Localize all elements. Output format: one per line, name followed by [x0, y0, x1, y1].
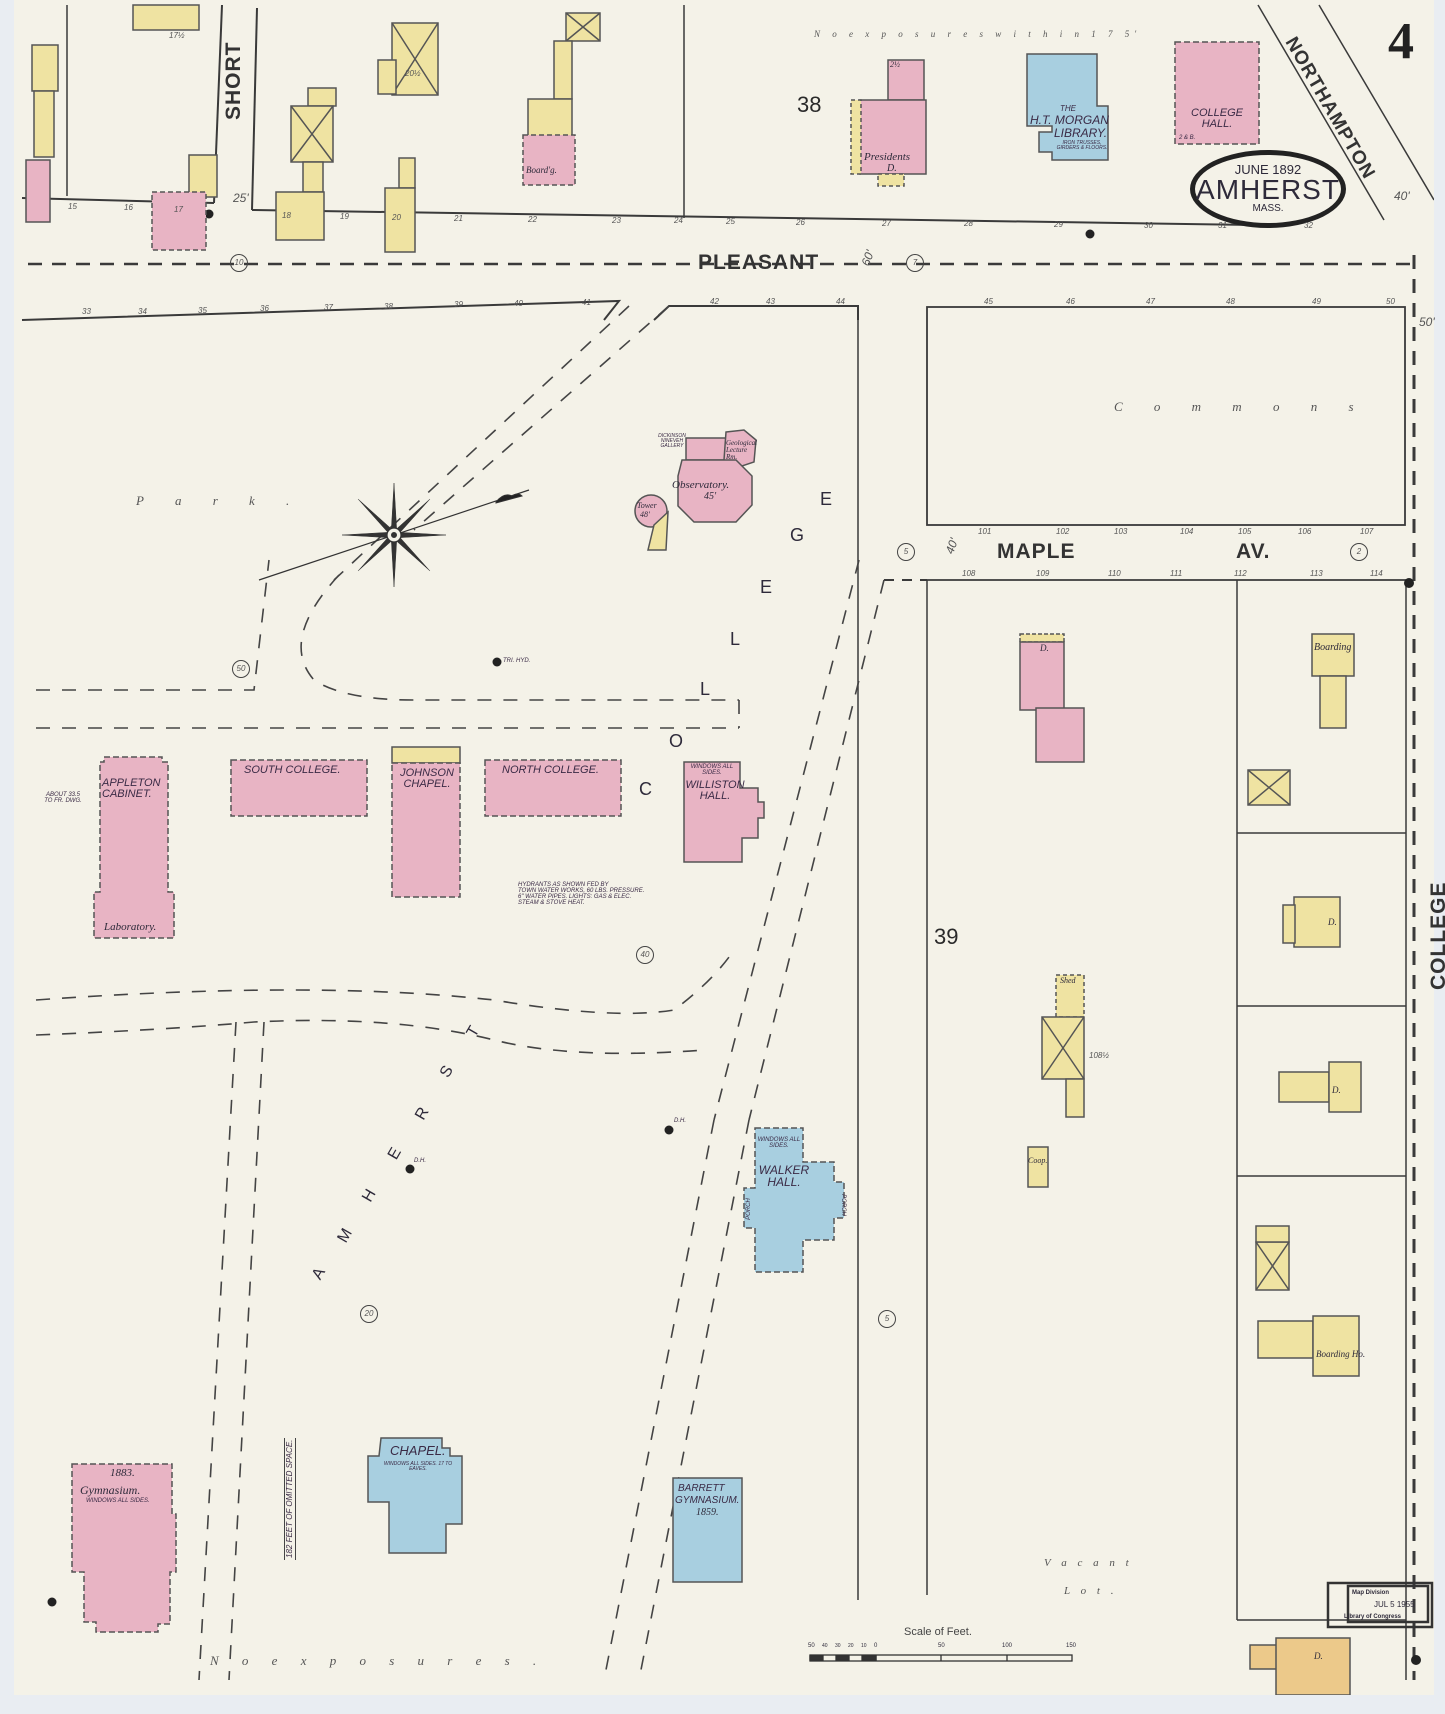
label-college-l2: L: [730, 630, 740, 648]
label-boarding-top: Board'g.: [526, 166, 557, 175]
label-barrett: BARRETT: [678, 1484, 725, 1494]
width-college: 50': [1419, 316, 1435, 328]
label-college-g: G: [790, 526, 804, 544]
stamp-line2: JUL 5 1955: [1374, 1601, 1415, 1609]
label-dwelling: D.: [1040, 644, 1049, 653]
map-sheet: 4 JUNE 1892 AMHERST MASS. PLEASANT SHORT…: [14, 0, 1434, 1695]
label-coop: Coop.: [1028, 1157, 1047, 1165]
label-lot: L o t .: [1064, 1586, 1117, 1597]
label-college-e2: E: [820, 490, 832, 508]
label-north-college: NORTH COLLEGE.: [502, 765, 599, 776]
label-no-exposures-top: N o e x p o s u r e s w i t h i n 1 7 5': [814, 30, 1141, 39]
pipe-size-40: 40: [636, 946, 654, 964]
pipe-size-5: 5: [897, 543, 915, 561]
omitted-space-label: 182 FEET OF OMITTED SPACE.: [284, 1438, 296, 1560]
label-commons: C o m m o n s: [1114, 400, 1368, 413]
label-park: P a r k .: [136, 494, 303, 507]
label-college-o: O: [669, 732, 683, 750]
stamp-line3: Library of Congress: [1344, 1614, 1401, 1620]
sheet-number: 4: [1388, 16, 1414, 68]
map-page: 4 JUNE 1892 AMHERST MASS. PLEASANT SHORT…: [0, 0, 1445, 1714]
label-library-the: THE: [1060, 105, 1076, 113]
pipe-size-2: 2: [1350, 543, 1368, 561]
label-presidents-use: D.: [887, 164, 897, 174]
stamp-line1: Map Division: [1352, 1590, 1389, 1596]
label-tower: Tower: [637, 502, 657, 510]
label-appleton-note: ABOUT 33.5 TO FR. DWG.: [44, 792, 82, 804]
label-shed: Shed: [1060, 977, 1076, 985]
hydrant-note: HYDRANTS AS SHOWN FED BY TOWN WATER WORK…: [518, 882, 644, 906]
street-college: COLLEGE: [1428, 881, 1445, 990]
label-library-note: IRON TRUSSES, GIRDERS & FLOORS.: [1054, 141, 1110, 151]
label-library-name: H.T. MORGAN: [1030, 114, 1109, 126]
label-johnson-chapel: JOHNSON CHAPEL.: [399, 768, 455, 790]
label-college-e1: E: [760, 578, 772, 596]
label-no-exposures-bottom: N o e x p o s u r e s .: [210, 1654, 546, 1667]
label-presidents: Presidents: [864, 152, 910, 163]
label-dwelling-4: D.: [1314, 1652, 1323, 1661]
label-observatory-height: 45': [704, 492, 716, 502]
label-gym-name: Gymnasium.: [80, 1484, 140, 1496]
label-dickinson: DICKINSON NINEVEH GALLERY: [654, 434, 690, 449]
label-walker: WALKER HALL.: [754, 1164, 814, 1188]
label-college-l1: L: [700, 680, 710, 698]
label-library-name2: LIBRARY.: [1054, 127, 1107, 139]
label-williston-note: WINDOWS ALL SIDES.: [690, 764, 734, 776]
label-geological: Geological Lecture Rm.: [726, 440, 756, 461]
title-cartouche: JUNE 1892 AMHERST MASS.: [1190, 150, 1346, 228]
pipe-size-50: 50: [232, 660, 250, 678]
label-dwelling-3: D.: [1332, 1086, 1341, 1095]
width-northampton: 40': [1394, 190, 1410, 202]
label-chapel: CHAPEL.: [390, 1444, 446, 1457]
street-short: SHORT: [223, 42, 244, 121]
label-dwelling-2: D.: [1328, 918, 1337, 927]
label-college-hall-note: 2 & B.: [1179, 135, 1195, 141]
label-barrett-year: 1859.: [696, 1508, 719, 1518]
frame-building: [32, 45, 58, 91]
label-17: 17½: [169, 32, 185, 40]
label-appleton: APPLETON CABINET.: [102, 778, 168, 800]
pipe-size-5b: 5: [878, 1310, 896, 1328]
label-laboratory: Laboratory.: [104, 922, 156, 933]
label-tower-height: 48': [640, 511, 650, 519]
width-short: 25': [233, 192, 249, 204]
pipe-size-7: 7: [906, 254, 924, 272]
cartouche-state: MASS.: [1195, 204, 1341, 214]
street-maple: MAPLE: [997, 541, 1076, 562]
pipe-size-10: 10: [230, 254, 248, 272]
label-observatory: Observatory.: [672, 480, 729, 491]
label-walker-porch-right: PORCH: [840, 1194, 846, 1216]
label-vacant: V a c a n t: [1044, 1558, 1133, 1569]
label-gym-year: 1883.: [110, 1468, 135, 1479]
label-barrett-2: GYMNASIUM.: [675, 1496, 739, 1506]
street-pleasant: PLEASANT: [698, 252, 819, 273]
label-20: 20½: [405, 70, 421, 78]
scale-title: Scale of Feet.: [904, 1627, 972, 1638]
block-number-39: 39: [934, 926, 958, 948]
label-chapel-note: WINDOWS ALL SIDES. 17 TO EAVES.: [378, 1462, 458, 1472]
label-boarding-east: Boarding: [1314, 643, 1351, 653]
pipe-size-20: 20: [360, 1305, 378, 1323]
label-boarding-ho: Boarding Ho.: [1316, 1350, 1365, 1359]
street-maple-suffix: AV.: [1236, 541, 1271, 562]
label-walker-note: WINDOWS ALL SIDES.: [756, 1137, 802, 1149]
label-dh-2: D.H.: [674, 1118, 686, 1124]
label-gym-note: WINDOWS ALL SIDES.: [86, 1498, 150, 1504]
label-presidents-stories: 2½: [890, 61, 900, 69]
block-number-38: 38: [797, 94, 821, 116]
label-walker-porch-left: PORCH: [746, 1198, 752, 1220]
label-dh-1: D.H.: [414, 1158, 426, 1164]
label-108: 108½: [1089, 1052, 1109, 1060]
label-tri-hyd: TRI. HYD.: [503, 658, 530, 664]
label-college-c: C: [639, 780, 652, 798]
label-south-college: SOUTH COLLEGE.: [244, 765, 341, 776]
cartouche-town: AMHERST: [1195, 176, 1341, 204]
label-college-hall: COLLEGE HALL.: [1182, 108, 1252, 130]
label-williston: WILLISTON HALL.: [682, 780, 748, 802]
